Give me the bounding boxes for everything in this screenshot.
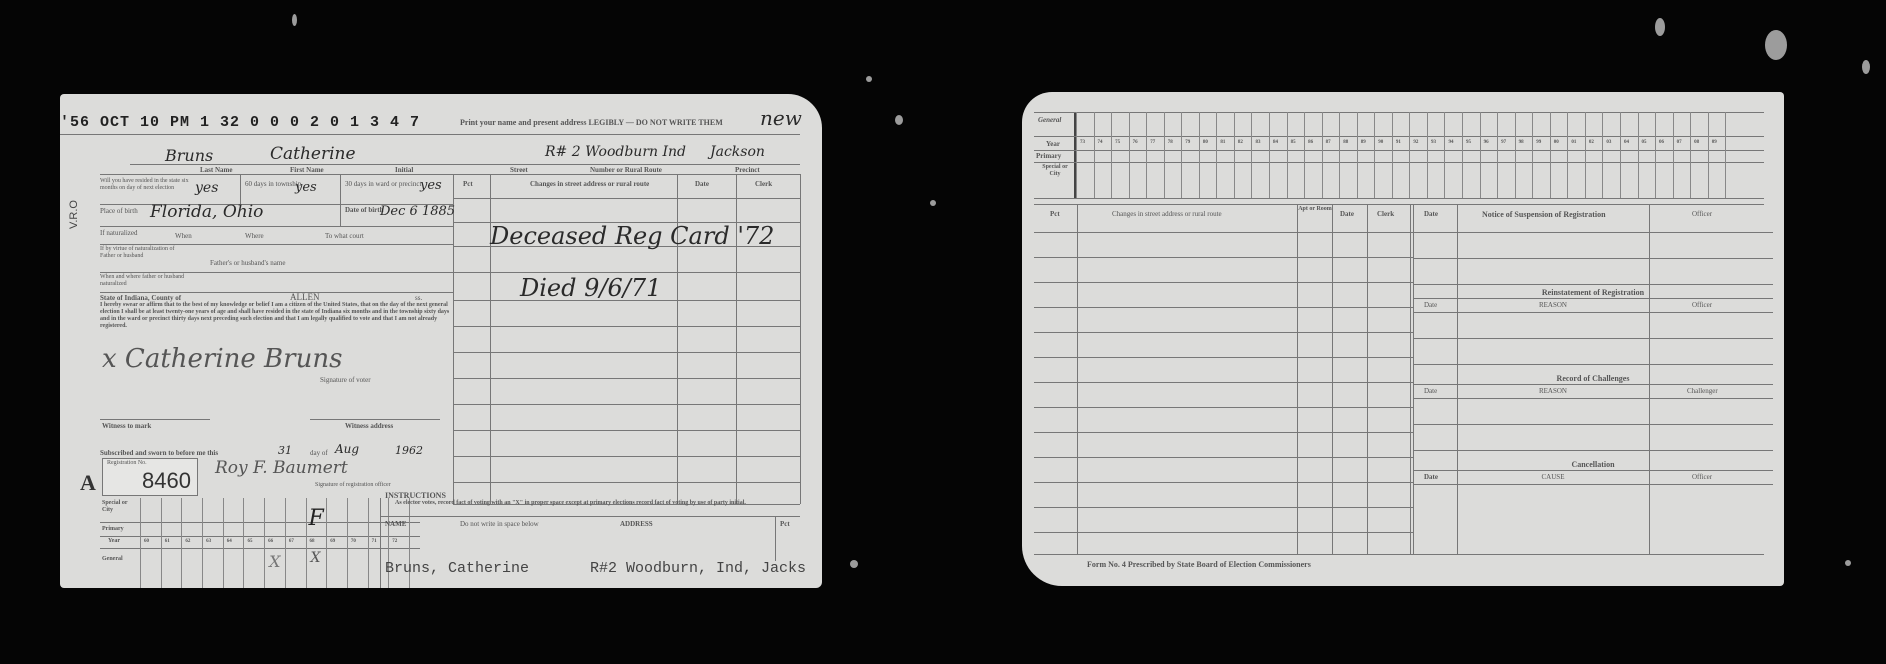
naturalization-by-father-label: If by virtue of naturalization of Father… <box>100 246 190 260</box>
changes-header-address: Changes in street address or rural route <box>1112 210 1222 218</box>
registration-series: A <box>80 470 96 496</box>
corner-note: new <box>760 106 802 130</box>
subscribed-year: 1962 <box>395 444 423 457</box>
township-question: 60 days in township <box>245 180 301 188</box>
birthplace-value: Florida, Ohio <box>150 202 263 222</box>
reinstatement-header-officer: Officer <box>1692 301 1712 309</box>
oath-text: I hereby swear or affirm that to the bes… <box>100 302 450 330</box>
dust-speck <box>850 560 858 568</box>
birthdate-value: Dec 6 1885 <box>380 204 455 219</box>
changes-header-date: Date <box>1340 210 1354 218</box>
birthplace-label: Place of birth <box>100 207 138 215</box>
oath-state-label: State of Indiana, County of <box>100 294 181 302</box>
registration-card-front: '56 OCT 10 PM 1 32 0 0 0 2 0 1 3 4 7 Pri… <box>60 94 822 588</box>
dust-speck <box>292 14 297 26</box>
dust-speck <box>1862 60 1870 74</box>
changes-header-pct: Pct <box>1050 210 1060 218</box>
cancellation-title: Cancellation <box>1413 460 1773 469</box>
grid-year-columns: 73 74 75 76 77 78 79 80 81 82 83 84 85 8… <box>1076 112 1726 198</box>
court-label: To what court <box>325 232 364 240</box>
naturalized-label: If naturalized <box>100 229 138 237</box>
subscribed-month: Aug <box>335 442 359 456</box>
challenges-header-challenger: Challenger <box>1687 387 1718 395</box>
subscribed-day: 31 <box>278 444 292 457</box>
side-label: V.R.O <box>68 200 80 229</box>
grid-row-primary: Primary <box>1036 152 1061 160</box>
grid-row-special: Special or City <box>102 500 138 514</box>
suspension-header-date: Date <box>1424 210 1438 218</box>
registration-number-box: Registration No. 8460 <box>102 458 198 496</box>
father-naturalized-label: When and where father or husband natural… <box>100 274 200 288</box>
grid-row-year: Year <box>1046 140 1060 148</box>
residence-state-answer: yes <box>195 180 218 196</box>
reinstatement-header-date: Date <box>1424 301 1437 309</box>
officer-signature-label: Signature of registration officer <box>315 482 391 488</box>
voting-record-grid: General Year Primary Special or City 73 … <box>1034 112 1764 198</box>
dust-speck <box>1765 30 1787 60</box>
footer-no-write: Do not write in space below <box>460 520 539 528</box>
changes-header-clerk: Clerk <box>755 180 772 188</box>
dust-speck <box>895 115 903 125</box>
first-name-label: First Name <box>290 166 324 174</box>
changes-header-clerk: Clerk <box>1377 210 1394 218</box>
date-stamp: '56 OCT 10 PM 1 32 0 0 0 2 0 1 3 4 7 <box>60 114 420 131</box>
changes-header-apt: Apt or Room <box>1298 206 1332 213</box>
challenges-header-reason: REASON <box>1457 387 1649 395</box>
dust-speck <box>1845 560 1851 566</box>
grid-row-general: General <box>102 556 123 562</box>
cancellation-header-officer: Officer <box>1692 473 1712 481</box>
witness-mark-label: Witness to mark <box>102 422 151 430</box>
cancellation-header-date: Date <box>1424 473 1438 481</box>
where-label: Where <box>245 232 264 240</box>
registration-number: 8460 <box>142 468 191 494</box>
precinct-label: Precinct <box>735 166 760 174</box>
footer-address-label: ADDRESS <box>620 520 653 528</box>
signature-label: Signature of voter <box>320 376 371 384</box>
grid-row-special: Special or City <box>1038 164 1072 178</box>
last-name-label: Last Name <box>200 166 232 174</box>
county-value: ALLEN <box>290 292 320 302</box>
township-value: Jackson <box>710 144 765 160</box>
form-footer: Form No. 4 Prescribed by State Board of … <box>1087 560 1311 569</box>
precinct-question: 30 days in ward or precinct <box>345 180 421 188</box>
typed-name: Bruns, Catherine <box>385 560 529 577</box>
birthdate-label: Date of birth <box>345 206 384 214</box>
grid-row-general: General <box>1038 116 1061 124</box>
initial-label: Initial <box>395 166 413 174</box>
residence-state-question: Will you have resided in the state six m… <box>100 178 195 192</box>
oath-ss: ss. <box>415 294 422 302</box>
grid-year-columns: 60 61 62 63 64 65 66X 67 68FX 69 70 71 7… <box>140 498 410 588</box>
general-vote-mark: X <box>269 552 280 571</box>
number-rural-label: Number or Rural Route <box>590 166 662 174</box>
footer-name-label: NAME <box>385 520 406 528</box>
instructions-text: As elector votes, record fact of voting … <box>395 500 795 507</box>
suspension-header-notice: Notice of Suspension of Registration <box>1482 210 1606 219</box>
voter-signature: x Catherine Bruns <box>102 344 342 374</box>
dust-speck <box>866 76 872 82</box>
changes-entry-deceased: Deceased Reg Card '72 <box>490 222 774 250</box>
footer-pct-label: Pct <box>780 520 790 528</box>
township-answer: yes <box>295 180 317 195</box>
suspension-header-officer: Officer <box>1692 210 1712 218</box>
registration-number-label: Registration No. <box>107 460 147 466</box>
challenges-title: Record of Challenges <box>1413 374 1773 383</box>
officer-signature: Roy F. Baumert <box>215 458 348 478</box>
day-of-label: day of <box>310 449 328 457</box>
subscribed-label: Subscribed and sworn to before me this <box>100 449 218 457</box>
witness-address-label: Witness address <box>345 422 393 430</box>
changes-header-pct: Pct <box>463 180 473 188</box>
cancellation-header-cause: CAUSE <box>1457 473 1649 481</box>
general-vote-mark: X <box>311 550 321 566</box>
dust-speck <box>1655 18 1665 36</box>
father-name-label: Father's or husband's name <box>210 259 285 267</box>
changes-entry-died: Died 9/6/71 <box>520 274 661 302</box>
typed-address: R#2 Woodburn, Ind, Jacks <box>590 560 806 577</box>
when-label: When <box>175 232 192 240</box>
instructions-title: INSTRUCTIONS <box>385 491 446 500</box>
changes-header-date: Date <box>695 180 709 188</box>
challenges-header-date: Date <box>1424 387 1437 395</box>
first-name-value: Catherine <box>270 144 356 164</box>
grid-row-year: Year <box>108 538 120 544</box>
last-name-value: Bruns <box>165 146 213 165</box>
precinct-answer: yes <box>420 178 442 193</box>
reinstatement-header-reason: REASON <box>1457 301 1649 309</box>
voting-record-grid: Special or City Primary Year General 60 … <box>100 498 420 588</box>
reinstatement-title: Reinstatement of Registration <box>1413 288 1773 297</box>
rural-route-value: R# 2 Woodburn Ind <box>545 144 686 160</box>
primary-vote-mark: F <box>309 506 324 531</box>
grid-row-primary: Primary <box>102 526 124 532</box>
registration-card-back: General Year Primary Special or City 73 … <box>1022 92 1784 586</box>
dust-speck <box>930 200 936 206</box>
changes-header-address: Changes in street address or rural route <box>530 180 649 188</box>
street-label: Street <box>510 166 528 174</box>
header-instruction: Print your name and present address LEGI… <box>460 118 723 127</box>
